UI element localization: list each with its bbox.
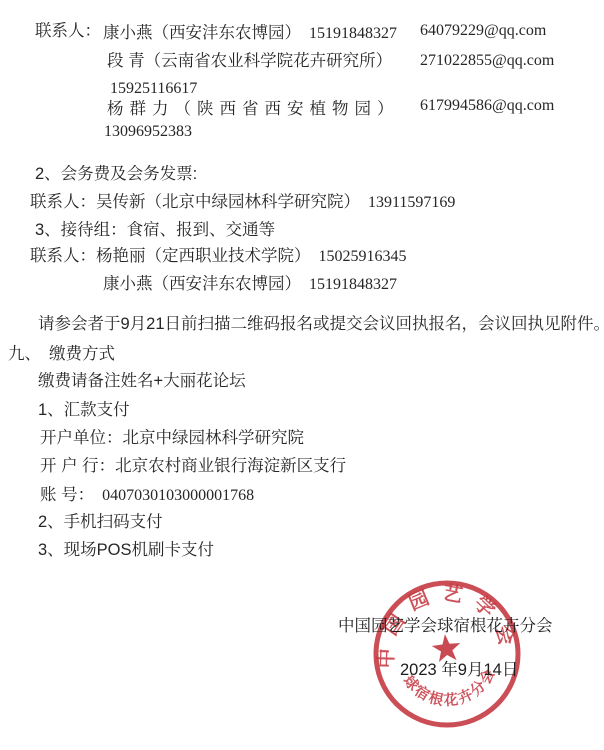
fees-contact-row: 联系人：吴传新（北京中绿园林科学研究院）13911597169 — [30, 192, 455, 213]
contact-phone: 13096952383 — [104, 122, 192, 142]
contact-person-label: 联系人： — [30, 247, 96, 265]
reception-contact-row: 康小燕（西安沣东农博园）15191848327 — [103, 274, 397, 295]
payment-method-1: 1、汇款支付 — [38, 400, 130, 421]
contact-phone: 15191848327 — [309, 25, 397, 42]
account-number-label: 账 号： — [40, 486, 94, 504]
payment-method-3: 3、现场POS机刷卡支付 — [38, 540, 214, 561]
contact-name: 康小燕（西安沣东农博园） — [103, 275, 301, 293]
document-page: 联系人： 康小燕（西安沣东农博园）15191848327 64079229@qq… — [0, 0, 604, 750]
contact-email: 617994586@qq.com — [420, 96, 554, 116]
payment-section-title: 缴费方式 — [49, 345, 115, 363]
contact-name: 杨艳丽（定西职业技术学院） — [96, 247, 311, 265]
contact-email: 64079229@qq.com — [420, 21, 546, 41]
official-seal: 中国园艺学会 球宿根花卉分会 — [371, 578, 523, 730]
account-number-value: 0407030103000001768 — [102, 487, 254, 504]
payment-section-heading: 九、缴费方式 — [8, 344, 115, 365]
contact-name: 吴传新（北京中绿园林科学研究院） — [96, 193, 360, 211]
contact-name: 段 青（云南省农业科学院花卉研究所） — [107, 52, 392, 70]
signature-org-name: 中国园艺学会球宿根花卉分会 — [338, 616, 553, 637]
contact-row: 杨群力（陕西省西安植物园） — [107, 99, 400, 120]
contact-row: 康小燕（西安沣东农博园）15191848327 — [103, 23, 397, 44]
reception-contact-row: 联系人：杨艳丽（定西职业技术学院）15025916345 — [30, 246, 407, 267]
contact-phone: 15191848327 — [309, 276, 397, 293]
contact-email: 271022855@qq.com — [420, 51, 554, 71]
contact-person-label: 联系人： — [35, 21, 101, 42]
payment-note: 缴费请备注姓名+大丽花论坛 — [38, 371, 246, 392]
contact-phone: 15025916345 — [319, 248, 407, 265]
contact-name: 康小燕（西安沣东农博园） — [103, 24, 301, 42]
section-fees-title: 2、会务费及会务发票: — [35, 164, 197, 185]
registration-note: 请参会者于9月21日前扫描二维码报名或提交会议回执报名，会议回执见附件。 — [38, 314, 604, 335]
bank-value: 北京农村商业银行海淀新区支行 — [115, 457, 346, 475]
signature-date: 2023 年9月14日 — [400, 660, 518, 681]
bank-label: 开 户 行： — [40, 457, 115, 475]
seal-inner-group: 中国园艺学会 球宿根花卉分会 — [371, 578, 523, 716]
contact-row: 段 青（云南省农业科学院花卉研究所） — [107, 51, 392, 72]
bank-row: 开 户 行：北京农村商业银行海淀新区支行 — [40, 456, 346, 477]
account-name-value: 北京中绿园林科学研究院 — [123, 429, 305, 447]
account-name-label: 开户单位： — [40, 429, 123, 447]
account-number-row: 账 号：0407030103000001768 — [40, 485, 254, 506]
contact-phone: 13911597169 — [368, 194, 455, 211]
contact-person-label: 联系人： — [30, 193, 96, 211]
contact-name: 杨群力（陕西省西安植物园） — [107, 100, 400, 118]
payment-section-number: 九、 — [8, 345, 41, 363]
account-name-row: 开户单位：北京中绿园林科学研究院 — [40, 428, 304, 449]
payment-method-2: 2、手机扫码支付 — [38, 512, 163, 533]
seal-star-icon — [431, 633, 462, 663]
contact-phone: 15925116617 — [110, 79, 197, 99]
section-reception-title: 3、接待组：食宿、报到、交通等 — [35, 220, 275, 241]
